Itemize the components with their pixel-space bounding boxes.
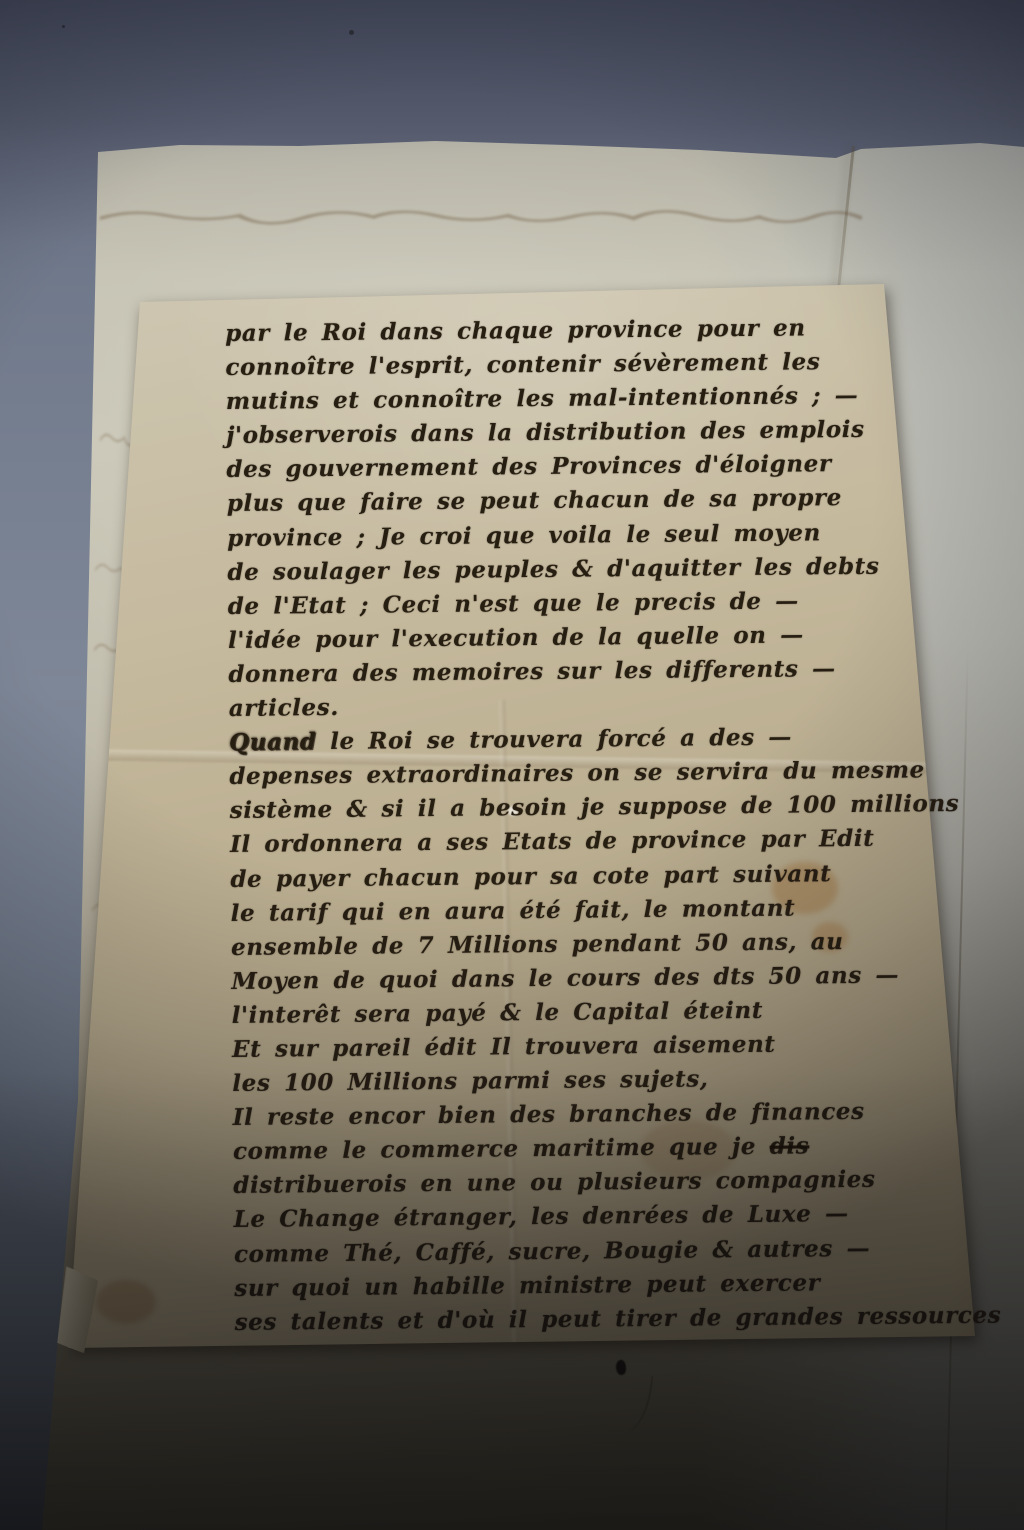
manuscript-line: Moyen de quoi dans le cours des dts 50 a… [231,958,955,999]
struck-word: dis [770,1133,810,1160]
manuscript-line: ses talents et d'où il peut tirer de gra… [234,1299,958,1340]
corner-stain [96,1280,156,1324]
manuscript-line: Il reste encor bien des branches de fina… [233,1094,957,1135]
manuscript-line: comme Thé, Caffé, sucre, Bougie & autres… [234,1231,958,1272]
manuscript-line: de soulager les peuples & d'aquitter les… [227,549,951,590]
manuscript-line: Il ordonnera a ses Etats de province par… [230,821,954,862]
manuscript-text-block: par le Roi dans chaque province pour enc… [225,310,959,1340]
photo-of-manuscript: par le Roi dans chaque province pour enc… [0,0,1024,1530]
heavy-ink-word: Quand [229,728,330,756]
